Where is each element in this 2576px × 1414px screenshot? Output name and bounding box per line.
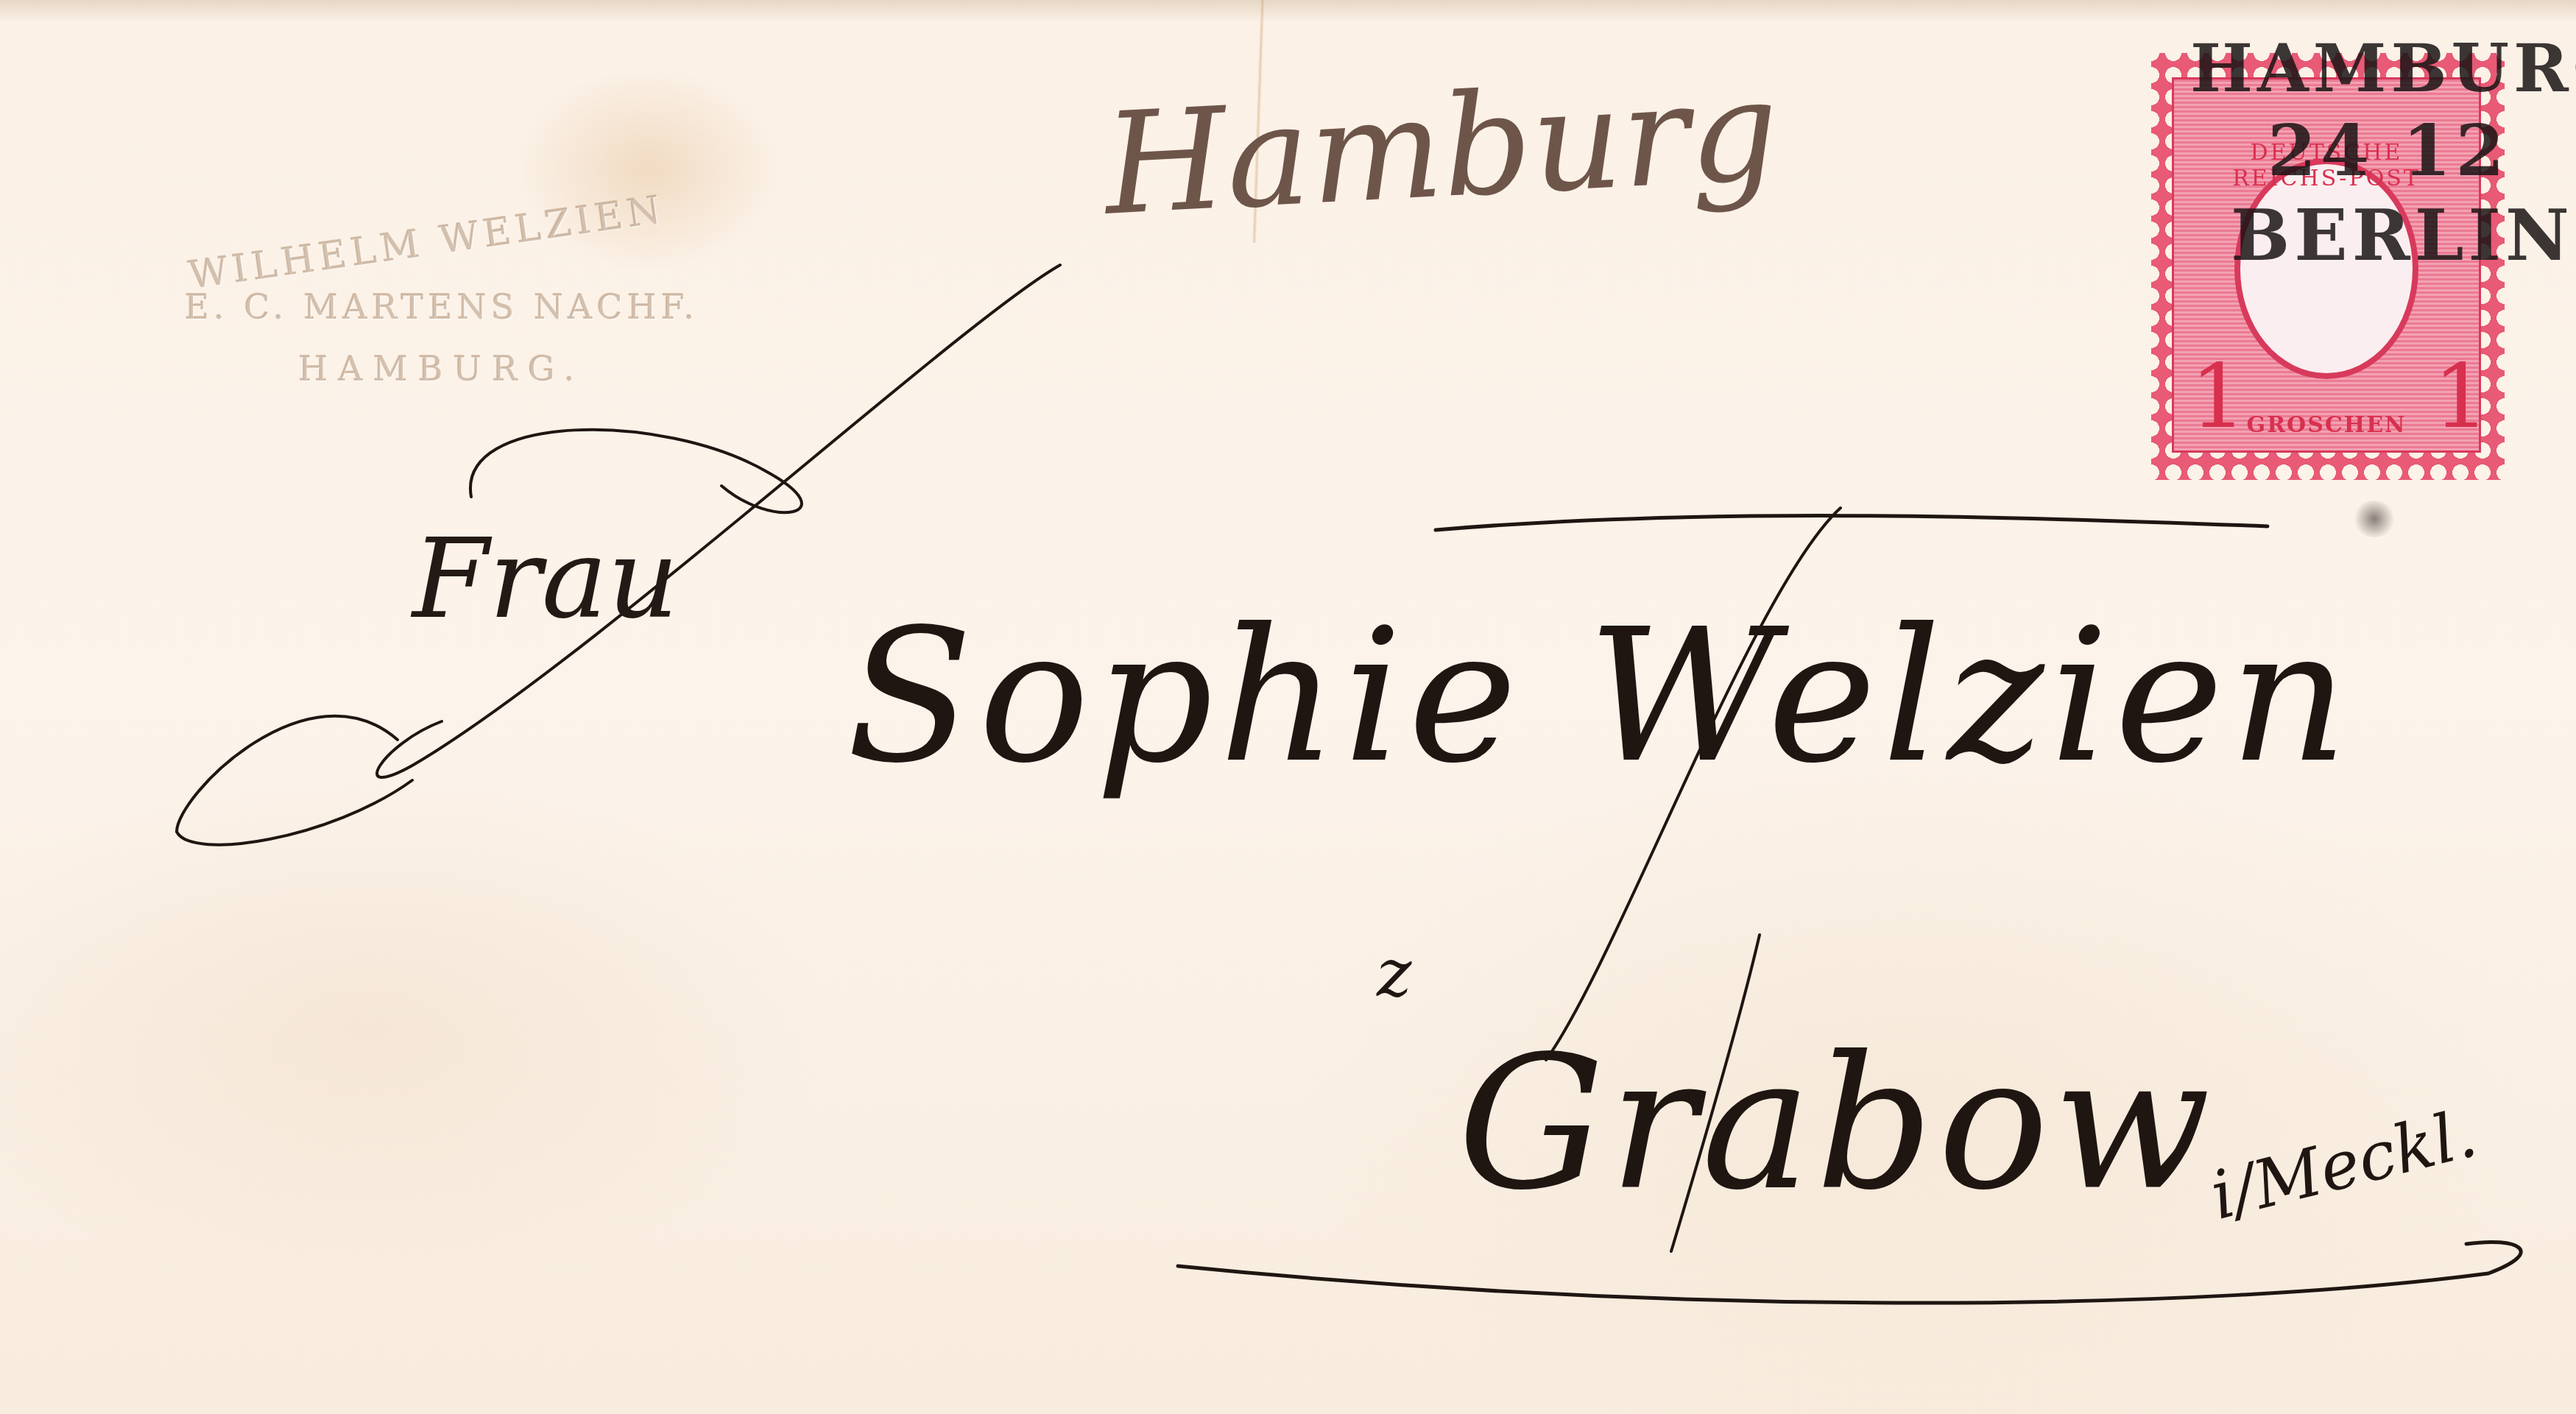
postmark-city: HAMBURG	[2190, 29, 2576, 107]
address-salutation: Frau	[412, 515, 679, 643]
recipient-place: Grabow	[1458, 1016, 2215, 1230]
recipient-name: Sophie Welzien	[847, 589, 2354, 803]
postmark-date: 24 12	[2268, 110, 2508, 192]
postmark-route: BERLIN	[2231, 195, 2574, 277]
stamp-denomination: GROSCHEN	[2231, 412, 2422, 438]
ink-smudge	[2352, 501, 2396, 537]
address-connector: z	[1377, 935, 1411, 1012]
stamp-value-right: 1	[2433, 346, 2489, 448]
